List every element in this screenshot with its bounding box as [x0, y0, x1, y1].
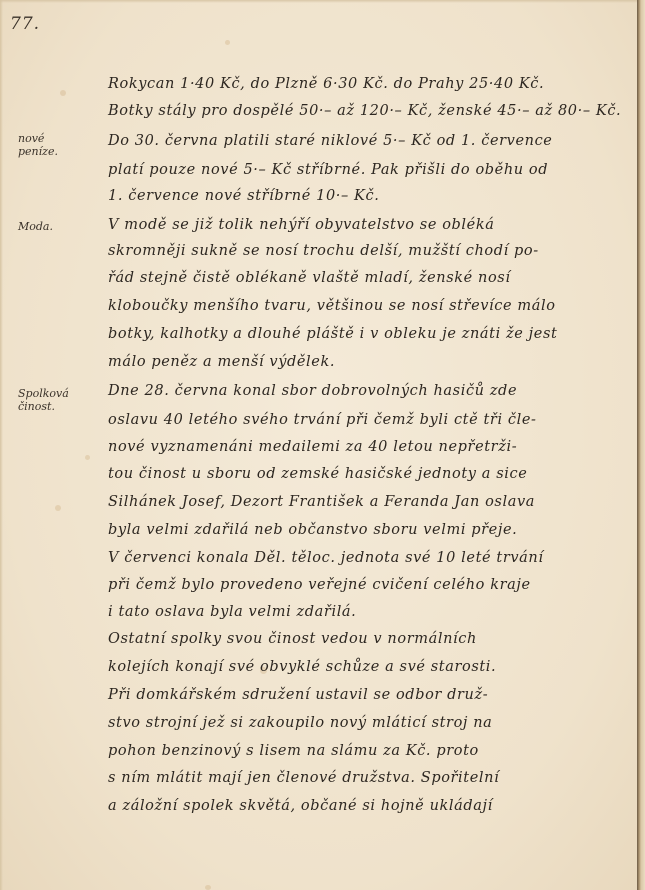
text-line: Dne 28. června konal sbor dobrovolných h…	[108, 381, 517, 401]
text-line: Při domkářském sdružení ustavil se odbor…	[108, 685, 488, 705]
margin-note-fashion: Moda.	[18, 220, 98, 233]
text-line: Silhánek Josef, Dezort František a Feran…	[108, 492, 535, 512]
text-line: kloboučky menšího tvaru, většinou se nos…	[108, 296, 556, 316]
text-line: V červenci konala Děl. těloc. jednota sv…	[108, 548, 544, 568]
text-line: botky, kalhotky a dlouhé pláště i v oble…	[108, 324, 557, 344]
text-line: stvo strojní jež si zakoupilo nový mláti…	[108, 713, 492, 733]
page-left-edge	[0, 0, 3, 890]
handwritten-chronicle-page: 77. nové peníze. Moda. Spolková činost. …	[0, 0, 645, 890]
text-line: skromněji sukně se nosí trochu delší, mu…	[108, 241, 539, 261]
text-line: nové vyznamenáni medailemi za 40 letou n…	[108, 437, 517, 457]
text-line: Do 30. června platili staré niklové 5·– …	[108, 131, 552, 151]
margin-note-club-activity: Spolková činost.	[18, 387, 98, 413]
text-line: 1. července nové stříbrné 10·– Kč.	[108, 186, 379, 206]
text-line: platí pouze nové 5·– Kč stříbrné. Pak př…	[108, 160, 548, 180]
paper-stain	[225, 40, 230, 45]
paper-stain	[85, 455, 90, 460]
text-line: kolejích konají své obvyklé schůze a své…	[108, 657, 496, 677]
text-line: Ostatní spolky svou činost vedou v normá…	[108, 629, 477, 649]
paper-stain	[55, 505, 61, 511]
text-line: byla velmi zdařilá neb občanstvo sboru v…	[108, 520, 517, 540]
text-line: při čemž bylo provedeno veřejné cvičení …	[108, 575, 531, 595]
text-line: i tato oslava byla velmi zdařilá.	[108, 602, 356, 622]
page-top-edge	[0, 0, 645, 3]
text-line: pohon benzinový s lisem na slámu za Kč. …	[108, 741, 479, 761]
text-line: Botky stály pro dospělé 50·– až 120·– Kč…	[108, 101, 621, 121]
margin-note-new-money: nové peníze.	[18, 132, 98, 158]
text-line: V modě se již tolik nehýří obyvatelstvo …	[108, 215, 494, 235]
text-line: řád stejně čistě oblékaně vlaště mladí, …	[108, 268, 511, 288]
text-line: s ním mlátit mají jen členové družstva. …	[108, 768, 499, 788]
book-binding-edge	[637, 0, 645, 890]
text-line: tou činost u sboru od zemské hasičské je…	[108, 464, 527, 484]
text-line: a záložní spolek skvětá, občané si hojně…	[108, 796, 493, 816]
text-line: oslavu 40 letého svého trvání při čemž b…	[108, 410, 537, 430]
text-line: Rokycan 1·40 Kč, do Plzně 6·30 Kč. do Pr…	[108, 74, 544, 94]
text-line: málo peněz a menší výdělek.	[108, 352, 335, 372]
paper-stain	[205, 885, 211, 890]
paper-stain	[60, 90, 66, 96]
page-number: 77.	[10, 14, 40, 34]
